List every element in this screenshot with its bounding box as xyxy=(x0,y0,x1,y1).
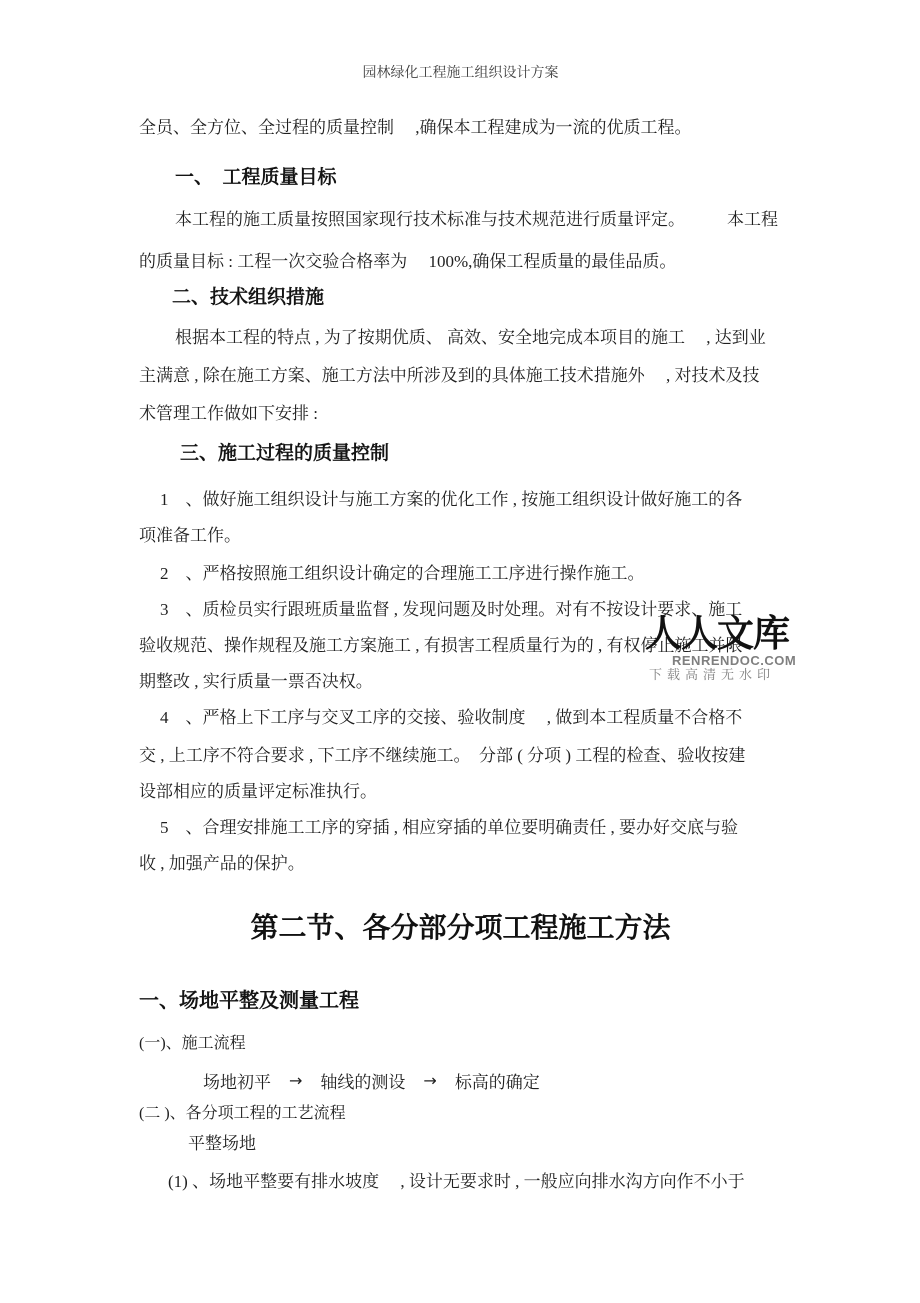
item-2-line-1: 2 、严格按照施工组织设计确定的合理施工工序进行操作施工。 xyxy=(160,562,645,586)
flow-step-1: 场地初平 xyxy=(203,1068,271,1093)
section-2-line-2: 主满意 , 除在施工方案、施工方法中所涉及到的具体施工技术措施外 , 对技术及技 xyxy=(139,364,760,388)
item-5-line-1: 5 、合理安排施工工序的穿插 , 相应穿插的单位要明确责任 , 要办好交底与验 xyxy=(160,816,738,840)
section-2-heading: 二、技术组织措施 xyxy=(172,286,324,310)
item-3-line-2: 验收规范、操作规程及施工方案施工 , 有损害工程质量行为的 , 有权停止施工并限 xyxy=(139,634,743,658)
flow-arrow-icon: → xyxy=(289,1071,302,1090)
flow-step-2: 轴线的测设 xyxy=(320,1068,405,1093)
item-4-line-2: 交 , 上工序不符合要求 , 下工序不继续施工。 分部 ( 分项 ) 工程的检查… xyxy=(139,744,745,768)
chapter-heading: 第二节、各分部分项工程施工方法 xyxy=(139,906,782,946)
item-5-line-2: 收 , 加强产品的保护。 xyxy=(139,852,305,876)
watermark-tagline-text: 下载高清无水印 xyxy=(649,668,775,682)
item-3-line-1: 3 、质检员实行跟班质量监督 , 发现问题及时处理。对有不按设计要求、施工 xyxy=(160,598,742,622)
flow-step-3: 标高的确定 xyxy=(455,1068,540,1093)
item-4-line-3: 设部相应的质量评定标准执行。 xyxy=(139,780,377,804)
subsection-site-heading: 一、场地平整及测量工程 xyxy=(139,984,359,1013)
item-3-line-3: 期整改 , 实行质量一票否决权。 xyxy=(139,670,373,694)
section-1-line-1-tail: 本工程 xyxy=(727,208,778,232)
flow-label: (一)、施工流程 xyxy=(139,1032,246,1056)
section-3-heading: 三、施工过程的质量控制 xyxy=(180,442,389,466)
page-header-title: 园林绿化工程施工组织设计方案 xyxy=(139,62,782,82)
point-1-line: (1) 、场地平整要有排水坡度 , 设计无要求时 , 一般应向排水沟方向作不小于 xyxy=(168,1170,745,1194)
construction-flow: 场地初平 → 轴线的测设 → 标高的确定 xyxy=(203,1068,540,1093)
item-1-line-1: 1 、做好施工组织设计与施工方案的优化工作 , 按施工组织设计做好施工的各 xyxy=(160,488,742,512)
craft-flow-label: (二 )、各分项工程的工艺流程 xyxy=(139,1102,346,1126)
section-2-line-3: 术管理工作做如下安排 : xyxy=(139,402,322,426)
leveling-label: 平整场地 xyxy=(188,1132,256,1156)
item-4-line-1: 4 、严格上下工序与交叉工序的交接、验收制度 , 做到本工程质量不合格不 xyxy=(160,706,742,730)
section-1-heading: 一、 工程质量目标 xyxy=(175,166,337,190)
section-1-line-1: 本工程的施工质量按照国家现行技术标准与技术规范进行质量评定。 xyxy=(175,208,685,232)
item-1-line-2: 项准备工作。 xyxy=(139,524,241,548)
section-2-line-1: 根据本工程的特点 , 为了按期优质、 高效、安全地完成本项目的施工 , 达到业 xyxy=(175,326,766,350)
intro-line: 全员、全方位、全过程的质量控制 ,确保本工程建成为一流的优质工程。 xyxy=(139,116,692,140)
flow-arrow-icon: → xyxy=(423,1071,436,1090)
document-page: 园林绿化工程施工组织设计方案 全员、全方位、全过程的质量控制 ,确保本工程建成为… xyxy=(0,0,920,1303)
section-1-line-2: 的质量目标 : 工程一次交验合格率为 100%,确保工程质量的最佳品质。 xyxy=(139,250,676,274)
